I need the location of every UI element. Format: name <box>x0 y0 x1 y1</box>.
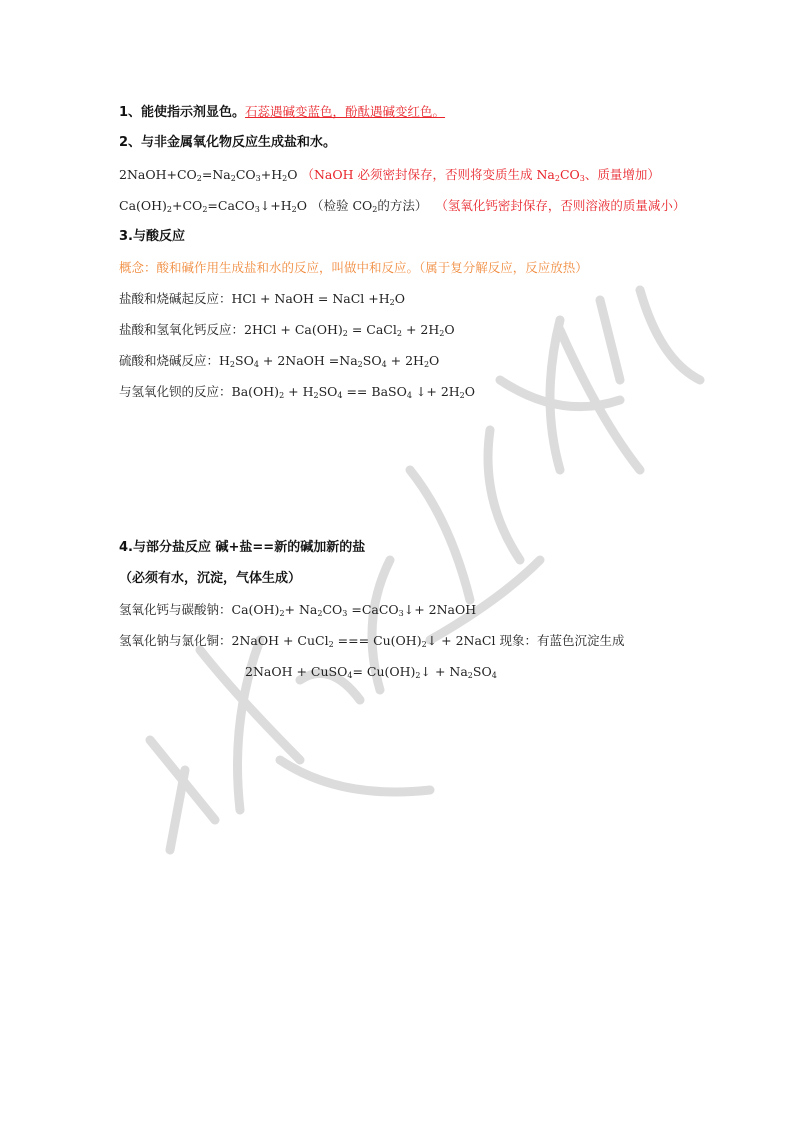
reaction-h2so4-naoh: 硫酸和烧碱反应：H2SO4 + 2NaOH =Na2SO4 + 2H2O <box>119 352 439 370</box>
co2-test-aside: （检验 CO2的方法） <box>311 198 427 213</box>
section-1-line: 1、能使指示剂显色。石蕊遇碱变蓝色，酚酞遇碱变红色。 <box>119 103 445 122</box>
reaction-hcl-naoh: 盐酸和烧碱起反应：HCl + NaOH = NaCl +H2O <box>119 290 405 308</box>
reaction-naoh-cucl2: 氢氧化钠与氯化铜：2NaOH + CuCl2 === Cu(OH)2↓ + 2N… <box>119 632 624 650</box>
section-4-subheading: （必须有水，沉淀，气体生成） <box>119 570 301 588</box>
naoh-storage-note: （NaOH 必须密封保存，否则将变质生成 Na2CO3、质量增加） <box>301 167 659 182</box>
section-2-heading: 2、与非金属氧化物反应生成盐和水。 <box>119 134 336 152</box>
section-1-heading: 1、能使指示剂显色。 <box>119 105 245 120</box>
indicator-note: 石蕊遇碱变蓝色，酚酞遇碱变红色。 <box>245 104 445 119</box>
equation-caoh2-co2: Ca(OH)2+CO2=CaCO3↓+H2O （检验 CO2的方法） （氢氧化钙… <box>119 197 685 215</box>
document-page: 1、能使指示剂显色。石蕊遇碱变蓝色，酚酞遇碱变红色。 2、与非金属氧化物反应生成… <box>0 0 791 1122</box>
neutralization-concept: 概念：酸和碱作用生成盐和水的反应，叫做中和反应。（属于复分解反应，反应放热） <box>119 259 588 277</box>
section-4-heading: 4.与部分盐反应 碱+盐==新的碱加新的盐 <box>119 539 365 557</box>
caoh2-storage-note: （氢氧化钙密封保存，否则溶液的质量减小） <box>435 198 685 213</box>
equation-naoh-co2: 2NaOH+CO2=Na2CO3+H2O （NaOH 必须密封保存，否则将变质生… <box>119 166 660 184</box>
reaction-caoh2-na2co3: 氢氧化钙与碳酸钠：Ca(OH)2+ Na2CO3 =CaCO3↓+ 2NaOH <box>119 601 476 619</box>
reaction-hcl-caoh2: 盐酸和氢氧化钙反应：2HCl + Ca(OH)2 = CaCl2 + 2H2O <box>119 321 455 339</box>
reaction-naoh-cuso4: 2NaOH + CuSO4= Cu(OH)2↓ + Na2SO4 <box>245 663 497 681</box>
phenomenon-note: 现象：有蓝色沉淀生成 <box>499 633 624 648</box>
reaction-baoh2-h2so4: 与氢氧化钡的反应：Ba(OH)2 + H2SO4 == BaSO4 ↓+ 2H2… <box>119 383 475 401</box>
section-3-heading: 3.与酸反应 <box>119 228 185 246</box>
